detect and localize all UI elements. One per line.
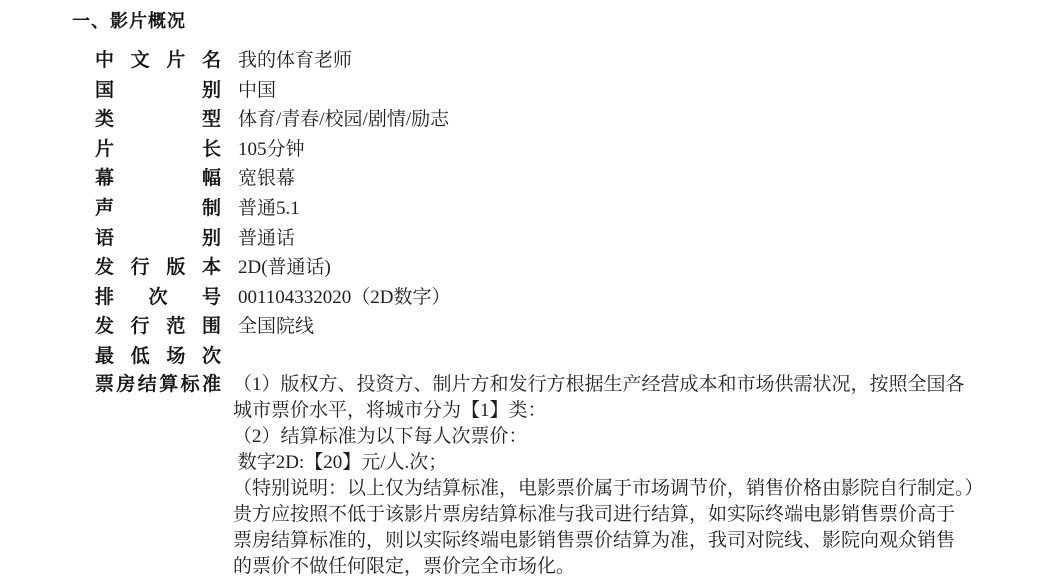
info-row-chinese-title: 中文片名 我的体育老师 <box>95 46 1015 76</box>
field-label: 片长 <box>95 135 221 165</box>
info-row-sound-format: 声制 普通5.1 <box>95 194 1015 224</box>
field-value: （1）版权方、投资方、制片方和发行方根据生产经营成本和市场供需状况，按照全国各 … <box>233 372 984 579</box>
field-label: 排次号 <box>95 283 221 313</box>
info-row-country: 国别 中国 <box>95 76 1015 106</box>
info-row-minimum-screenings: 最低场次 <box>95 342 1015 372</box>
field-value: 全国院线 <box>238 312 314 342</box>
field-value: 001104332020（2D数字） <box>238 283 451 313</box>
info-row-runtime: 片长 105分钟 <box>95 135 1015 165</box>
field-label: 最低场次 <box>95 342 221 372</box>
info-row-sequence-number: 排次号 001104332020（2D数字） <box>95 283 1015 313</box>
field-value: 我的体育老师 <box>238 46 352 76</box>
info-row-screen-format: 幕幅 宽银幕 <box>95 164 1015 194</box>
info-row-release-version: 发行版本 2D(普通话) <box>95 253 1015 283</box>
field-value: 宽银幕 <box>238 164 295 194</box>
field-label: 国别 <box>95 76 221 106</box>
field-label: 声制 <box>95 194 221 224</box>
field-label: 票房结算标准 <box>95 372 221 398</box>
field-value: 普通5.1 <box>238 194 300 224</box>
field-value: 中国 <box>238 76 276 106</box>
field-value: 105分钟 <box>238 135 305 165</box>
field-value: 2D(普通话) <box>238 253 331 283</box>
film-overview-document: 一、影片概况 中文片名 我的体育老师 国别 中国 类型 体育/青春/校园/剧情/… <box>0 0 1054 579</box>
field-label: 中文片名 <box>95 46 221 76</box>
section-title: 一、影片概况 <box>72 7 186 33</box>
info-row-distribution-scope: 发行范围 全国院线 <box>95 312 1015 342</box>
film-info-table: 中文片名 我的体育老师 国别 中国 类型 体育/青春/校园/剧情/励志 片长 1… <box>95 46 1015 579</box>
field-label: 发行范围 <box>95 312 221 342</box>
info-row-box-office-settlement-standard: 票房结算标准 （1）版权方、投资方、制片方和发行方根据生产经营成本和市场供需状况… <box>95 372 1015 579</box>
field-value: 普通话 <box>238 224 295 254</box>
field-label: 类型 <box>95 105 221 135</box>
field-label: 语别 <box>95 224 221 254</box>
info-row-genre: 类型 体育/青春/校园/剧情/励志 <box>95 105 1015 135</box>
info-row-language: 语别 普通话 <box>95 224 1015 254</box>
field-label: 幕幅 <box>95 164 221 194</box>
field-label: 发行版本 <box>95 253 221 283</box>
field-value: 体育/青春/校园/剧情/励志 <box>238 105 449 135</box>
